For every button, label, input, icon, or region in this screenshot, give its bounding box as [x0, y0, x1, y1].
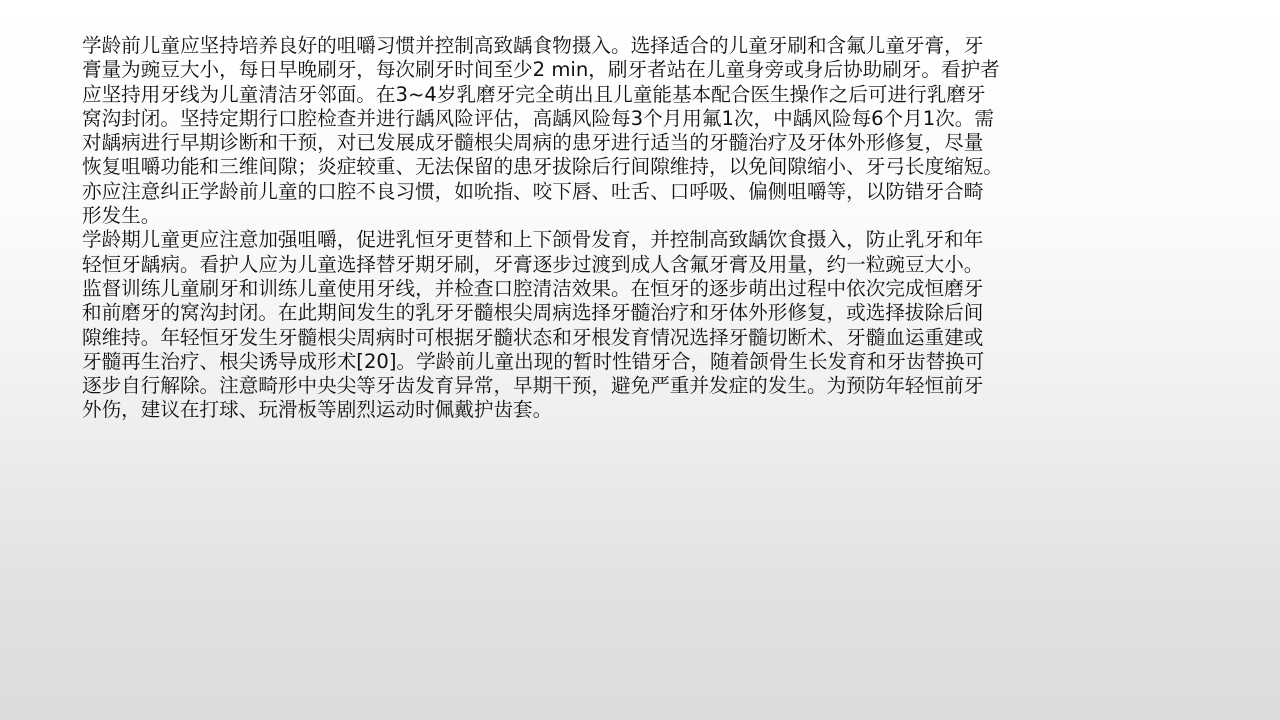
text-line: 亦应注意纠正学龄前儿童的口腔不良习惯，如吮指、咬下唇、吐舌、口呼吸、偏侧咀嚼等，… — [82, 180, 1198, 204]
text-line: 膏量为豌豆大小，每日早晚刷牙，每次刷牙时间至少2 min，刷牙者站在儿童身旁或身… — [82, 58, 1198, 82]
text-line: 外伤，建议在打球、玩滑板等剧烈运动时佩戴护齿套。 — [82, 398, 1198, 422]
text-line: 学龄期儿童更应注意加强咀嚼，促进乳恒牙更替和上下颌骨发育，并控制高致龋饮食摄入，… — [82, 228, 1198, 252]
text-line: 轻恒牙龋病。看护人应为儿童选择替牙期牙刷，牙膏逐步过渡到成人含氟牙膏及用量，约一… — [82, 253, 1198, 277]
text-line: 监督训练儿童刷牙和训练儿童使用牙线，并检查口腔清洁效果。在恒牙的逐步萌出过程中依… — [82, 277, 1198, 301]
text-line: 牙髓再生治疗、根尖诱导成形术[20]。学龄前儿童出现的暂时性错牙合，随着颌骨生长… — [82, 350, 1198, 374]
text-line: 逐步自行解除。注意畸形中央尖等牙齿发育异常，早期干预，避免严重并发症的发生。为预… — [82, 374, 1198, 398]
paragraph-school-age: 学龄期儿童更应注意加强咀嚼，促进乳恒牙更替和上下颌骨发育，并控制高致龋饮食摄入，… — [82, 228, 1198, 422]
text-line: 对龋病进行早期诊断和干预，对已发展成牙髓根尖周病的患牙进行适当的牙髓治疗及牙体外… — [82, 131, 1198, 155]
text-line: 隙维持。年轻恒牙发生牙髓根尖周病时可根据牙髓状态和牙根发育情况选择牙髓切断术、牙… — [82, 326, 1198, 350]
text-line: 恢复咀嚼功能和三维间隙；炎症较重、无法保留的患牙拔除后行间隙维持，以免间隙缩小、… — [82, 155, 1198, 179]
text-line: 和前磨牙的窝沟封闭。在此期间发生的乳牙牙髓根尖周病选择牙髓治疗和牙体外形修复，或… — [82, 301, 1198, 325]
slide: 学龄前儿童应坚持培养良好的咀嚼习惯并控制高致龋食物摄入。选择适合的儿童牙刷和含氟… — [0, 0, 1280, 720]
text-line: 学龄前儿童应坚持培养良好的咀嚼习惯并控制高致龋食物摄入。选择适合的儿童牙刷和含氟… — [82, 34, 1198, 58]
slide-body-text: 学龄前儿童应坚持培养良好的咀嚼习惯并控制高致龋食物摄入。选择适合的儿童牙刷和含氟… — [82, 34, 1198, 423]
text-line: 形发生。 — [82, 204, 1198, 228]
text-line: 窝沟封闭。坚持定期行口腔检查并进行龋风险评估，高龋风险每3个月用氟1次，中龋风险… — [82, 107, 1198, 131]
paragraph-preschool: 学龄前儿童应坚持培养良好的咀嚼习惯并控制高致龋食物摄入。选择适合的儿童牙刷和含氟… — [82, 34, 1198, 228]
text-line: 应坚持用牙线为儿童清洁牙邻面。在3~4岁乳磨牙完全萌出且儿童能基本配合医生操作之… — [82, 83, 1198, 107]
